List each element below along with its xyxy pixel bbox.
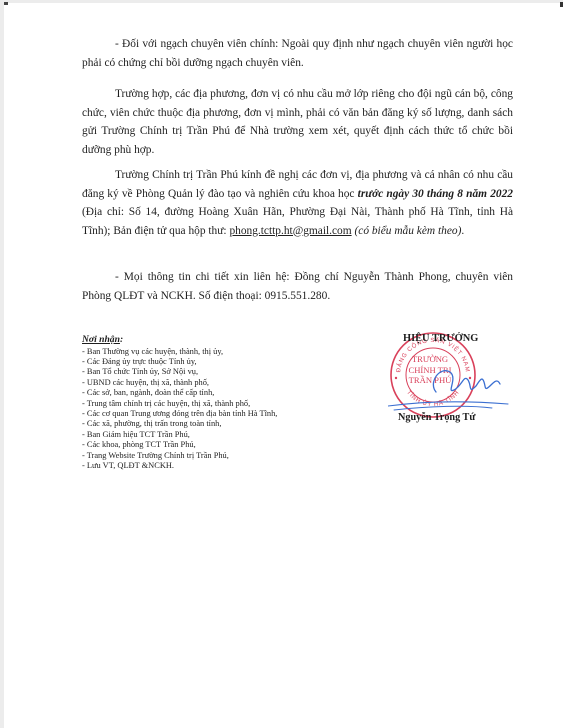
- recipients-list: - Ban Thường vụ các huyện, thành, thị ủy…: [82, 347, 312, 472]
- recipient-item: - Các xã, phường, thị trấn trong toàn tỉ…: [82, 419, 312, 429]
- recipient-item: - Trung tâm chính trị các huyện, thị xã,…: [82, 399, 312, 409]
- paragraph-senior-specialist: - Đối với ngạch chuyên viên chính: Ngoài…: [82, 35, 513, 72]
- registration-deadline: trước ngày 30 tháng 8 năm 2022: [358, 188, 513, 200]
- recipient-item: - Các Đảng ủy trực thuộc Tỉnh ủy,: [82, 357, 312, 367]
- signature-block: HIỆU TRƯỞNG ĐẢNG CỘNG SẢN VIỆT NAM TỈNH …: [388, 330, 498, 420]
- recipient-item: - UBND các huyện, thị xã, thành phố,: [82, 378, 312, 388]
- recipients-title: Nơi nhận:: [82, 334, 312, 346]
- email-link[interactable]: phong.tcttp.ht@gmail.com: [229, 225, 351, 237]
- recipient-item: - Các khoa, phòng TCT Trần Phú,: [82, 440, 312, 450]
- recipient-item: - Lưu VT, QLĐT &NCKH.: [82, 461, 312, 471]
- recipient-item: - Các cơ quan Trung ương đóng trên địa b…: [82, 409, 312, 419]
- scan-corner-mark: [4, 2, 8, 5]
- paragraph-separate-class: Trường hợp, các địa phương, đơn vị có nh…: [82, 85, 513, 159]
- recipient-item: - Trang Website Trường Chính trị Trần Ph…: [82, 451, 312, 461]
- recipient-item: - Ban Tổ chức Tỉnh ủy, Sở Nội vụ,: [82, 367, 312, 377]
- recipients-title-colon: :: [120, 334, 123, 346]
- paragraph-contact: - Mọi thông tin chi tiết xin liên hệ: Đồ…: [82, 268, 513, 305]
- recipients-block: Nơi nhận: - Ban Thường vụ các huyện, thà…: [82, 334, 312, 471]
- recipients-title-text: Nơi nhận: [82, 334, 120, 345]
- form-attached-note: (có biểu mẫu kèm theo): [354, 225, 461, 237]
- period-text: .: [461, 225, 464, 237]
- paragraph-registration: Trường Chính trị Trần Phú kính đề nghị c…: [82, 166, 513, 240]
- handwritten-signature-icon: [388, 330, 518, 420]
- recipient-item: - Ban Giám hiệu TCT Trần Phú,: [82, 430, 312, 440]
- recipient-item: - Ban Thường vụ các huyện, thành, thị ủy…: [82, 347, 312, 357]
- recipient-item: - Các sở, ban, ngành, đoàn thể cấp tỉnh,: [82, 388, 312, 398]
